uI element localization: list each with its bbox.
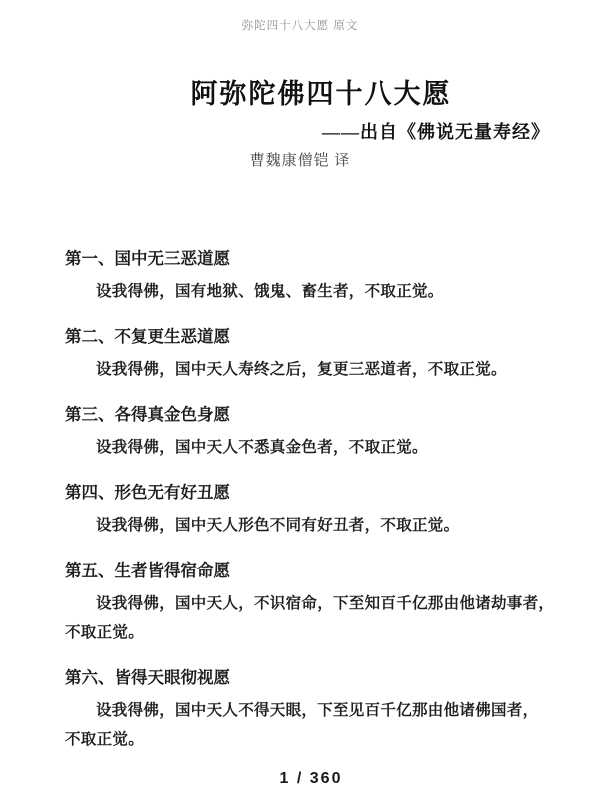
- vow-body: 设我得佛，国中天人不悉真金色者，不取正觉。: [65, 433, 562, 462]
- running-header: 弥陀四十八大愿 原文: [0, 0, 600, 33]
- document-subtitle: ——出自《佛说无量寿经》: [0, 122, 600, 142]
- vow-heading: 第四、形色无有好丑愿: [65, 484, 562, 502]
- vow-body: 设我得佛，国中天人不得天眼，下至见百千亿那由他诸佛国者， 不取正觉。: [65, 696, 562, 754]
- document-title: 阿弥陀佛四十八大愿: [0, 79, 600, 109]
- vow-heading: 第二、不复更生恶道愿: [65, 328, 562, 346]
- page-indicator: 1 / 360: [0, 769, 600, 789]
- vow-block: 第一、国中无三恶道愿 设我得佛，国有地狱、饿鬼、畜生者，不取正觉。: [65, 250, 562, 306]
- vow-heading: 第三、各得真金色身愿: [65, 406, 562, 424]
- vow-body: 设我得佛，国中天人寿终之后，复更三恶道者，不取正觉。: [65, 355, 562, 384]
- vow-block: 第六、皆得天眼彻视愿 设我得佛，国中天人不得天眼，下至见百千亿那由他诸佛国者， …: [65, 669, 562, 754]
- vow-body: 设我得佛，国有地狱、饿鬼、畜生者，不取正觉。: [65, 277, 562, 306]
- translator-line: 曹魏康僧铠 译: [0, 152, 600, 170]
- vow-list: 第一、国中无三恶道愿 设我得佛，国有地狱、饿鬼、畜生者，不取正觉。 第二、不复更…: [65, 250, 562, 754]
- vow-body: 设我得佛，国中天人形色不同有好丑者，不取正觉。: [65, 511, 562, 540]
- vow-block: 第二、不复更生恶道愿 设我得佛，国中天人寿终之后，复更三恶道者，不取正觉。: [65, 328, 562, 384]
- vow-heading: 第六、皆得天眼彻视愿: [65, 669, 562, 687]
- document-page: 弥陀四十八大愿 原文 阿弥陀佛四十八大愿 ——出自《佛说无量寿经》 曹魏康僧铠 …: [0, 0, 600, 800]
- vow-heading: 第五、生者皆得宿命愿: [65, 562, 562, 580]
- vow-block: 第四、形色无有好丑愿 设我得佛，国中天人形色不同有好丑者，不取正觉。: [65, 484, 562, 540]
- vow-heading: 第一、国中无三恶道愿: [65, 250, 562, 268]
- vow-block: 第三、各得真金色身愿 设我得佛，国中天人不悉真金色者，不取正觉。: [65, 406, 562, 462]
- vow-body: 设我得佛，国中天人，不识宿命，下至知百千亿那由他诸劫事者， 不取正觉。: [65, 589, 562, 647]
- vow-block: 第五、生者皆得宿命愿 设我得佛，国中天人，不识宿命，下至知百千亿那由他诸劫事者，…: [65, 562, 562, 647]
